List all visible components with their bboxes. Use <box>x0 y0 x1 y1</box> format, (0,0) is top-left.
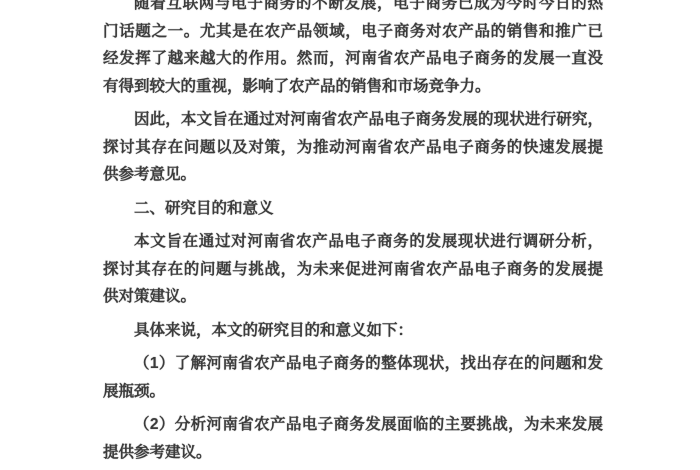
paragraph-purpose: 因此，本文旨在通过对河南省农产品电子商务发展的现状进行研究， 探讨其存在问题以及… <box>103 106 603 189</box>
document-page: 随着互联网与电子商务的不断发展，电子商务已成为今时今日的热 门话题之一。尤其是在… <box>0 0 700 470</box>
text-line: 有得到较大的重视，影响了农产品的销售和市场竞争力。 <box>103 73 603 101</box>
list-item-1: （1）了解河南省农产品电子商务的整体现状，找出存在的问题和发 展瓶颈。 <box>103 350 603 405</box>
text-line: 探讨其存在的问题与挑战，为未来促进河南省农产品电子商务的发展提 <box>103 256 603 284</box>
heading-text: 二、研究目的和意义 <box>103 195 603 223</box>
text-line: 因此，本文旨在通过对河南省农产品电子商务发展的现状进行研究， <box>103 106 603 134</box>
text-line: 展瓶颈。 <box>103 378 603 406</box>
paragraph-research-aim: 本文旨在通过对河南省农产品电子商务的发展现状进行调研分析， 探讨其存在的问题与挑… <box>103 228 603 311</box>
list-item-2: （2）分析河南省农产品电子商务发展面临的主要挑战，为未来发展 提供参考建议。 <box>103 411 603 466</box>
text-line: 供参考意见。 <box>103 161 603 189</box>
text-line: 经发挥了越来越大的作用。然而，河南省农产品电子商务的发展一直没 <box>103 45 603 73</box>
document-text-block: 随着互联网与电子商务的不断发展，电子商务已成为今时今日的热 门话题之一。尤其是在… <box>103 0 603 470</box>
text-line: 本文旨在通过对河南省农产品电子商务的发展现状进行调研分析， <box>103 228 603 256</box>
section-heading: 二、研究目的和意义 <box>103 195 603 223</box>
text-line: 具体来说，本文的研究目的和意义如下： <box>103 317 603 345</box>
text-line: 供对策建议。 <box>103 283 603 311</box>
paragraph-intro: 随着互联网与电子商务的不断发展，电子商务已成为今时今日的热 门话题之一。尤其是在… <box>103 0 603 100</box>
text-line: 提供参考建议。 <box>103 439 603 467</box>
text-line: 门话题之一。尤其是在农产品领域，电子商务对农产品的销售和推广已 <box>103 18 603 46</box>
text-line: 随着互联网与电子商务的不断发展，电子商务已成为今时今日的热 <box>103 0 603 18</box>
text-line: 探讨其存在问题以及对策，为推动河南省农产品电子商务的快速发展提 <box>103 134 603 162</box>
text-line: （1）了解河南省农产品电子商务的整体现状，找出存在的问题和发 <box>103 350 603 378</box>
paragraph-lead-in: 具体来说，本文的研究目的和意义如下： <box>103 317 603 345</box>
text-line: （2）分析河南省农产品电子商务发展面临的主要挑战，为未来发展 <box>103 411 603 439</box>
